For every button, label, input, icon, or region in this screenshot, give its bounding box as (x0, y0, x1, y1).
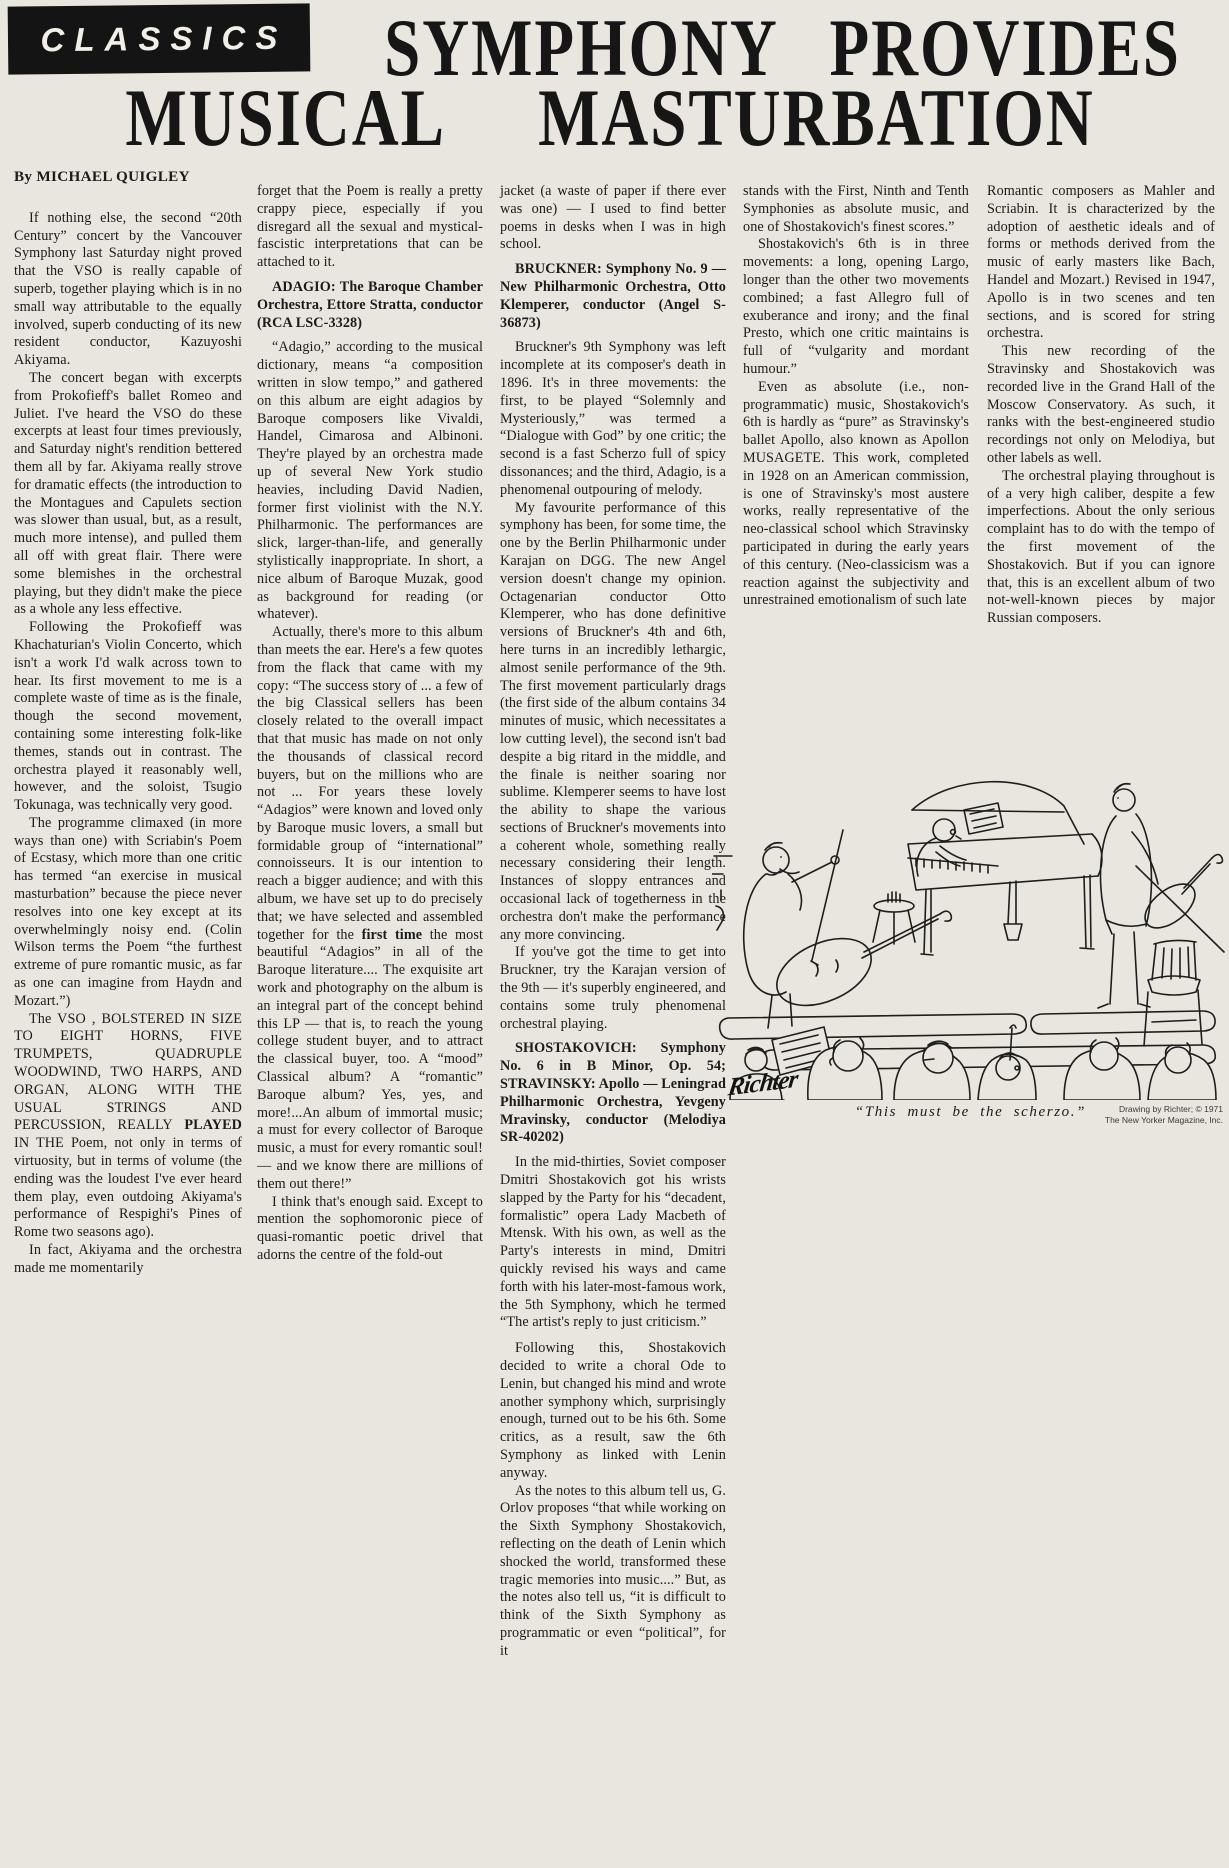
bold-text: first time (362, 927, 423, 943)
paragraph: Following the Prokofieff was Khachaturia… (14, 619, 242, 815)
paragraph: My favourite performance of this symphon… (500, 500, 726, 945)
subhead-bruckner: BRUCKNER: Symphony No. 9 — New Philharmo… (500, 261, 726, 332)
cartoon-credit-line1: Drawing by Richter; © 1971 (1105, 1104, 1223, 1115)
newspaper-page: CLASSICS SYMPHONY PROVIDES MUSICAL MASTU… (0, 0, 1229, 1868)
cartoon: Richter “This must be the scherzo.” Draw… (712, 748, 1229, 1178)
paragraph: If nothing else, the second “20th Centur… (14, 210, 242, 370)
paragraph: In the mid-thirties, Soviet composer Dmi… (500, 1154, 726, 1332)
cartoon-credit-line2: The New Yorker Magazine, Inc. (1105, 1115, 1223, 1126)
bold-text: PLAYED (184, 1117, 242, 1133)
paragraph: This new recording of the Stravinsky and… (987, 343, 1215, 468)
paragraph: stands with the First, Ninth and Tenth S… (743, 183, 969, 236)
headline-line2: MUSICAL MASTURBATION (86, 72, 1134, 166)
paragraph: Bruckner's 9th Symphony was left incompl… (500, 339, 726, 499)
cartoon-credit: Drawing by Richter; © 1971 The New Yorke… (1105, 1104, 1223, 1126)
paragraph-text: Actually, there's more to this album tha… (257, 624, 483, 943)
paragraph: “Adagio,” according to the musical dicti… (257, 339, 483, 624)
paragraph: jacket (a waste of paper if there ever w… (500, 183, 726, 254)
cartoon-drawing (712, 748, 1229, 1100)
paragraph: Shostakovich's 6th is in three movements… (743, 236, 969, 378)
section-label-box: CLASSICS (8, 3, 311, 74)
paragraph: forget that the Poem is really a pretty … (257, 183, 483, 272)
paragraph: I think that's enough said. Except to me… (257, 1194, 483, 1265)
paragraph: If you've got the time to get into Bruck… (500, 944, 726, 1033)
subhead-shostakovich: SHOSTAKOVICH: Symphony No. 6 in B Minor,… (500, 1040, 726, 1147)
paragraph-text: IN THE Poem, not only in terms of virtuo… (14, 1135, 242, 1240)
paragraph: Even as absolute (i.e., non-programmatic… (743, 379, 969, 610)
paragraph: The orchestral playing throughout is of … (987, 468, 1215, 628)
paragraph: Following this, Shostakovich decided to … (500, 1340, 726, 1482)
subhead-adagio: ADAGIO: The Baroque Chamber Orchestra, E… (257, 279, 483, 332)
column-3: jacket (a waste of paper if there ever w… (500, 183, 726, 1661)
paragraph: In fact, Akiyama and the orchestra made … (14, 1242, 242, 1278)
paragraph: The concert began with excerpts from Pro… (14, 370, 242, 619)
column-4: stands with the First, Ninth and Tenth S… (743, 183, 969, 610)
column-1: By MICHAEL QUIGLEY If nothing else, the … (14, 168, 242, 1278)
paragraph-text: The VSO , BOLSTERED IN SIZE TO EIGHT HOR… (14, 1011, 242, 1134)
paragraph: The VSO , BOLSTERED IN SIZE TO EIGHT HOR… (14, 1011, 242, 1242)
paragraph: Romantic composers as Mahler and Scriabi… (987, 183, 1215, 343)
byline: By MICHAEL QUIGLEY (14, 168, 242, 186)
column-5: Romantic composers as Mahler and Scriabi… (987, 183, 1215, 628)
paragraph: Actually, there's more to this album tha… (257, 624, 483, 1194)
column-2: forget that the Poem is really a pretty … (257, 183, 483, 1265)
paragraph: As the notes to this album tell us, G. O… (500, 1483, 726, 1661)
paragraph: The programme climaxed (in more ways tha… (14, 815, 242, 1011)
paragraph-text: the most beautiful “Adagios” in all of t… (257, 927, 483, 1192)
section-label: CLASSICS (30, 19, 287, 60)
